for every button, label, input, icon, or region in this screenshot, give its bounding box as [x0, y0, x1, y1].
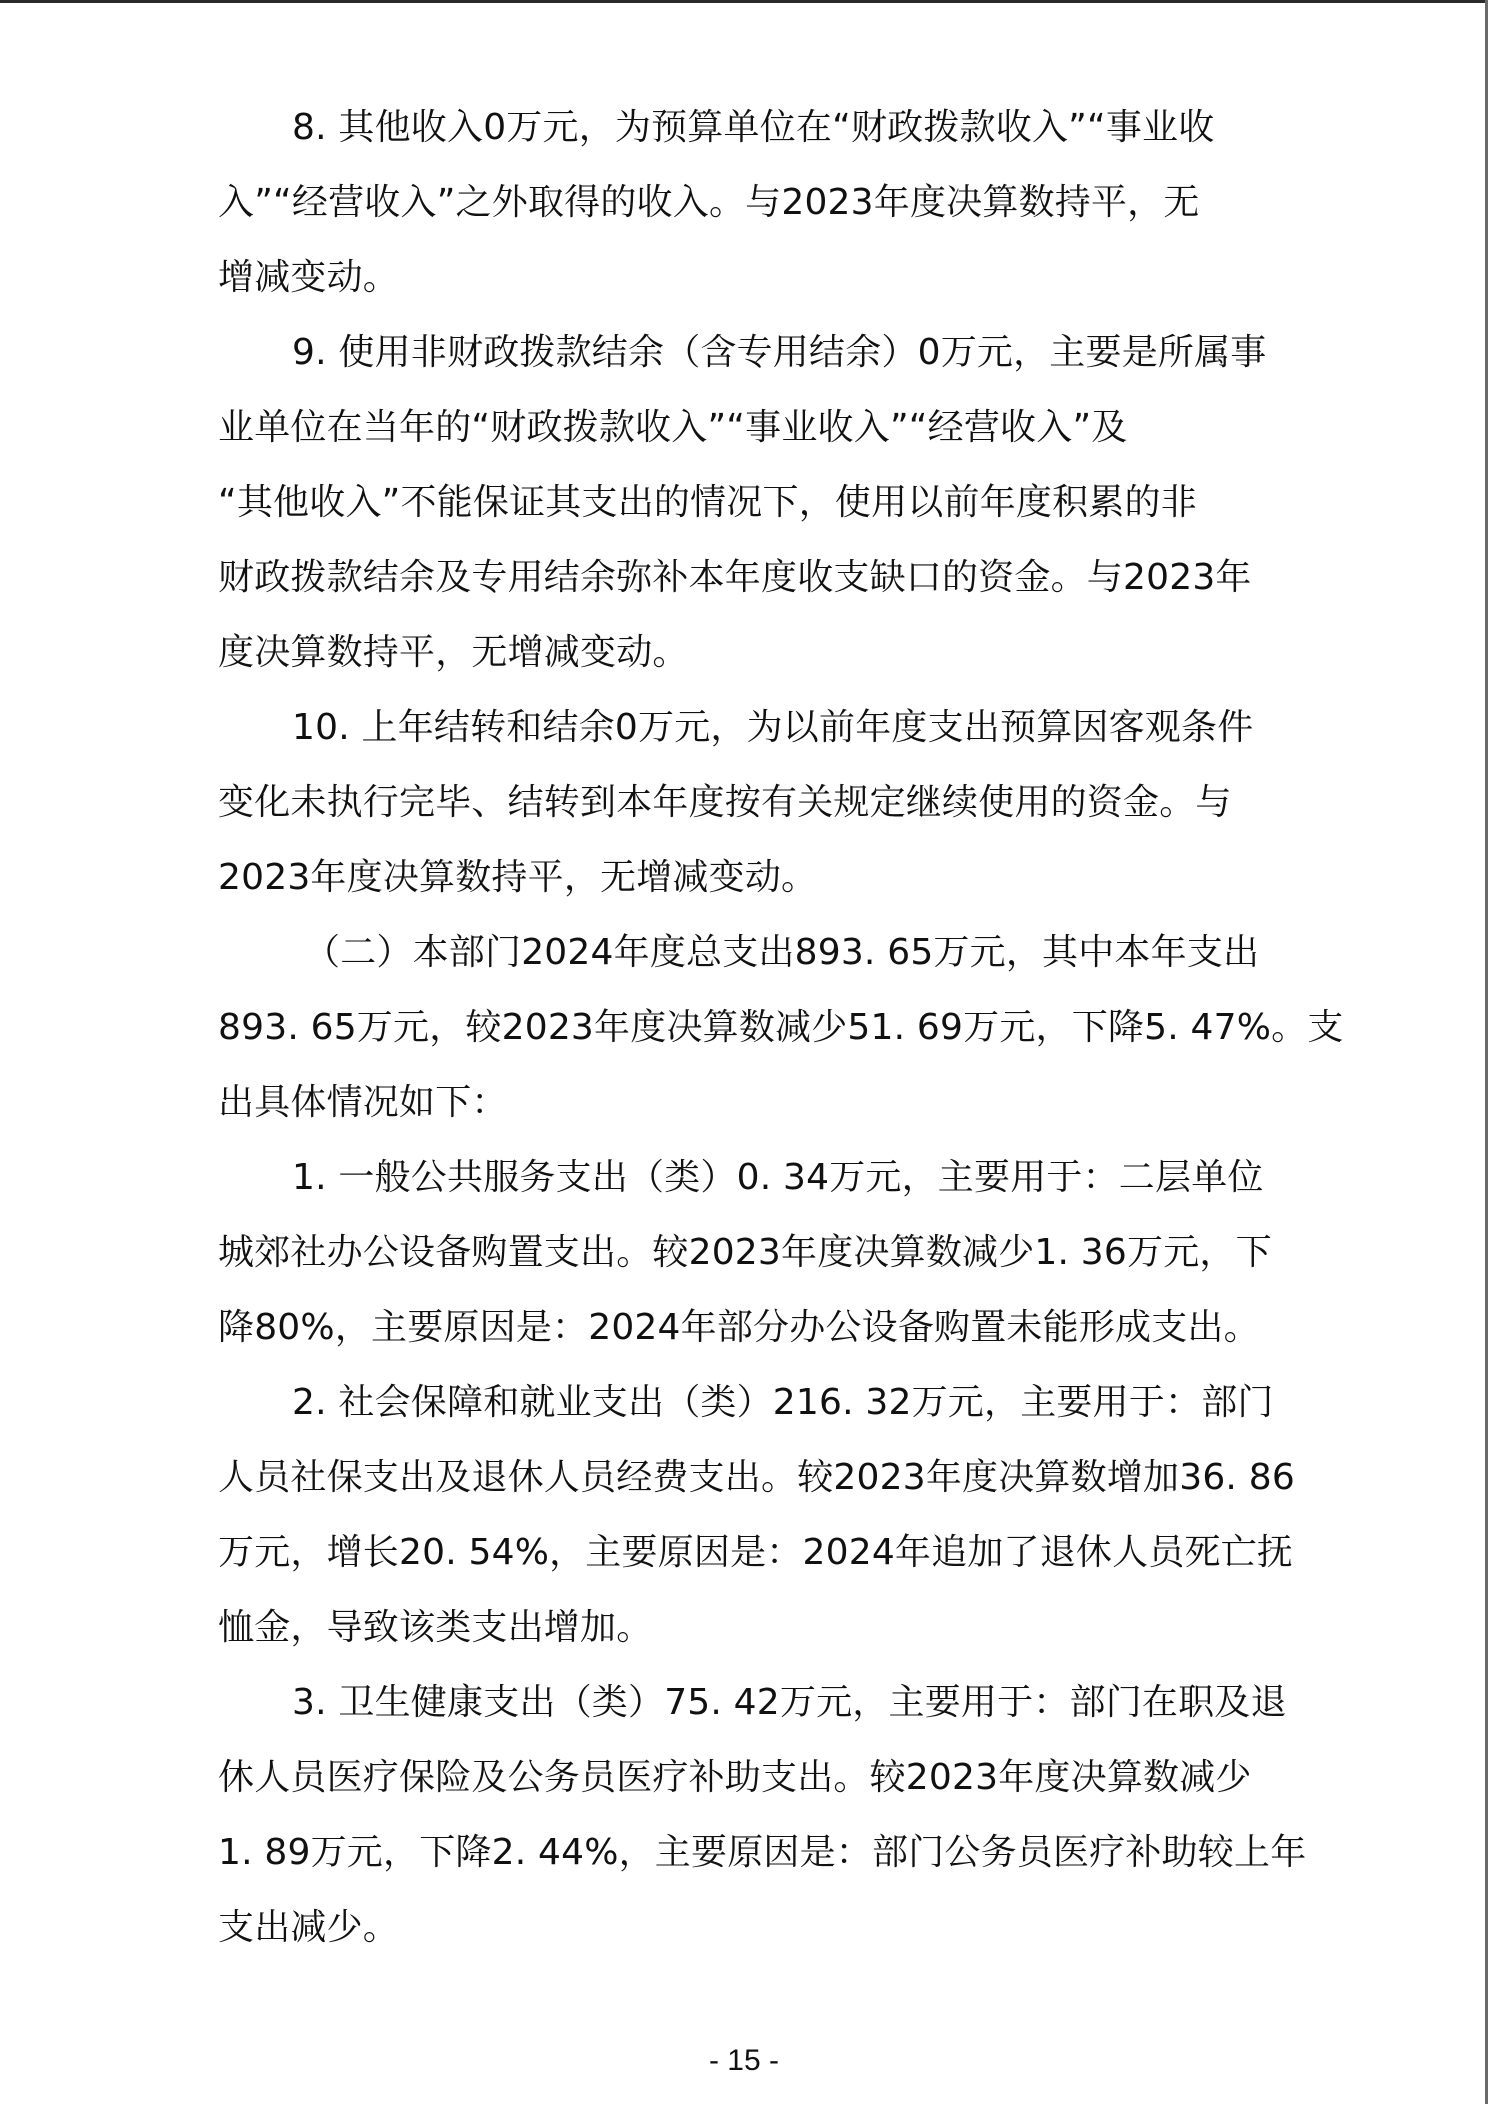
text-line: 降80%，主要原因是：2024年部分办公设备购置未能形成支出。 [218, 1302, 1286, 1377]
text-line: 893. 65万元，较2023年度决算数减少51. 69万元，下降5. 47%。… [218, 1002, 1286, 1077]
paragraph-other-income: 8. 其他收入0万元，为预算单位在“财政拨款收入”“事业收 入”“经营收入”之外… [218, 102, 1286, 327]
paragraph-expenditure-summary: （二）本部门2024年度总支出893. 65万元，其中本年支出 893. 65万… [218, 927, 1286, 1152]
text-line: 业单位在当年的“财政拨款收入”“事业收入”“经营收入”及 [218, 402, 1286, 477]
text-line: 2023年度决算数持平，无增减变动。 [218, 852, 1286, 927]
text-line: 度决算数持平，无增减变动。 [218, 627, 1286, 702]
text-line: 支出减少。 [218, 1902, 1286, 1977]
text-line: （二）本部门2024年度总支出893. 65万元，其中本年支出 [218, 927, 1286, 1002]
paragraph-non-fiscal-balance: 9. 使用非财政拨款结余（含专用结余）0万元，主要是所属事 业单位在当年的“财政… [218, 327, 1286, 702]
text-line: 2. 社会保障和就业支出（类）216. 32万元，主要用于：部门 [218, 1377, 1286, 1452]
document-body: 8. 其他收入0万元，为预算单位在“财政拨款收入”“事业收 入”“经营收入”之外… [218, 102, 1286, 1977]
text-line: 万元，增长20. 54%，主要原因是：2024年追加了退休人员死亡抚 [218, 1527, 1286, 1602]
text-line: 恤金，导致该类支出增加。 [218, 1602, 1286, 1677]
paragraph-carryover: 10. 上年结转和结余0万元，为以前年度支出预算因客观条件 变化未执行完毕、结转… [218, 702, 1286, 927]
text-line: 财政拨款结余及专用结余弥补本年度收支缺口的资金。与2023年 [218, 552, 1286, 627]
text-line: 1. 一般公共服务支出（类）0. 34万元，主要用于：二层单位 [218, 1152, 1286, 1227]
page-border-top [0, 0, 1488, 3]
paragraph-general-public-services: 1. 一般公共服务支出（类）0. 34万元，主要用于：二层单位 城郊社办公设备购… [218, 1152, 1286, 1377]
text-line: 9. 使用非财政拨款结余（含专用结余）0万元，主要是所属事 [218, 327, 1286, 402]
text-line: 8. 其他收入0万元，为预算单位在“财政拨款收入”“事业收 [218, 102, 1286, 177]
text-line: 入”“经营收入”之外取得的收入。与2023年度决算数持平，无 [218, 177, 1286, 252]
text-line: 出具体情况如下： [218, 1077, 1286, 1152]
text-line: 人员社保支出及退休人员经费支出。较2023年度决算数增加36. 86 [218, 1452, 1286, 1527]
text-line: 增减变动。 [218, 252, 1286, 327]
text-line: 城郊社办公设备购置支出。较2023年度决算数减少1. 36万元，下 [218, 1227, 1286, 1302]
paragraph-social-security: 2. 社会保障和就业支出（类）216. 32万元，主要用于：部门 人员社保支出及… [218, 1377, 1286, 1677]
text-line: “其他收入”不能保证其支出的情况下，使用以前年度积累的非 [218, 477, 1286, 552]
text-line: 变化未执行完毕、结转到本年度按有关规定继续使用的资金。与 [218, 777, 1286, 852]
text-line: 10. 上年结转和结余0万元，为以前年度支出预算因客观条件 [218, 702, 1286, 777]
text-line: 休人员医疗保险及公务员医疗补助支出。较2023年度决算数减少 [218, 1752, 1286, 1827]
page-number: - 15 - [0, 2044, 1488, 2078]
text-line: 1. 89万元，下降2. 44%，主要原因是：部门公务员医疗补助较上年 [218, 1827, 1286, 1902]
text-line: 3. 卫生健康支出（类）75. 42万元，主要用于：部门在职及退 [218, 1677, 1286, 1752]
paragraph-health: 3. 卫生健康支出（类）75. 42万元，主要用于：部门在职及退 休人员医疗保险… [218, 1677, 1286, 1977]
